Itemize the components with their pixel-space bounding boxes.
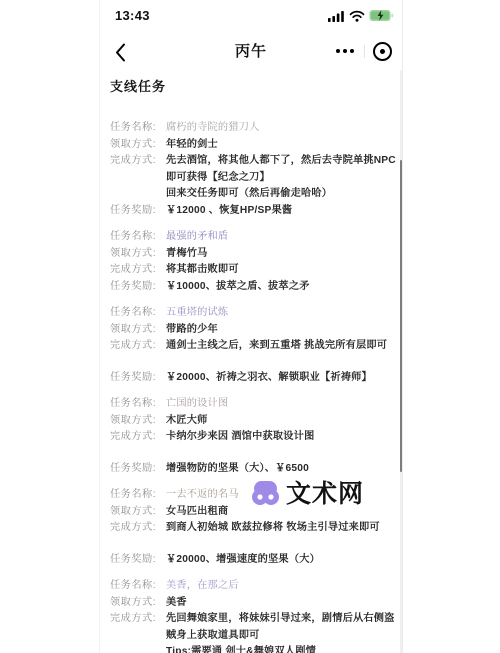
scrollbar-thumb[interactable] <box>400 160 403 472</box>
quest-reward-value: ￥10000、拔萃之盾、拔萃之矛 <box>166 279 310 296</box>
cellular-signal-icon <box>328 10 345 22</box>
quest-receive-value: 木匠大师 <box>166 413 208 430</box>
quest-receive-label: 领取方式: <box>110 137 166 154</box>
quest-name-value: 美香，在那之后 <box>166 578 239 595</box>
quest-receive-label: 领取方式: <box>110 322 166 339</box>
quest-complete-label: 完成方式: <box>110 262 166 279</box>
quest-name-value: 腐朽的寺院的猎刀人 <box>166 120 260 137</box>
more-icon <box>336 49 340 53</box>
quest-name-value: 一去不返的名马 <box>166 487 239 504</box>
quest-complete-label: 完成方式: <box>110 153 166 203</box>
quest-name-label: 任务名称: <box>110 396 166 413</box>
quest-receive-value: 带路的少年 <box>166 322 218 339</box>
miniprogram-capsule <box>334 40 392 62</box>
quest-complete-label: 完成方式: <box>110 520 166 537</box>
quest-reward-value: ￥20000、祈祷之羽衣、解锁职业【祈祷师】 <box>166 370 372 387</box>
quest-reward-label: 任务奖励: <box>110 203 166 220</box>
quest-reward-label: 任务奖励: <box>110 552 166 569</box>
watermark-text: 文术网 <box>286 474 364 510</box>
quest-receive-label: 领取方式: <box>110 246 166 263</box>
wifi-icon <box>349 10 365 22</box>
quest-name-label: 任务名称: <box>110 120 166 137</box>
watermark: 文术网 <box>250 474 364 510</box>
watermark-logo-icon <box>250 478 281 507</box>
quest-card: 任务名称:五重塔的试炼 领取方式:带路的少年 完成方式:通剑士主线之后，来到五重… <box>110 305 398 386</box>
quest-card: 任务名称:腐朽的寺院的猎刀人 领取方式:年轻的剑士 完成方式: 先去酒馆，将其他… <box>110 120 398 219</box>
quest-complete-value: 将其都击败即可 <box>166 262 239 279</box>
quest-complete-value: 通剑士主线之后，来到五重塔 挑战完所有层即可 <box>166 338 387 355</box>
battery-charging-icon <box>369 9 394 22</box>
quest-name-label: 任务名称: <box>110 487 166 504</box>
quest-complete-label: 完成方式: <box>110 611 166 653</box>
more-button[interactable] <box>334 49 356 53</box>
exit-button[interactable] <box>373 42 392 61</box>
status-bar: 13:43 <box>100 6 402 26</box>
nav-bar: 丙午 <box>100 36 402 66</box>
quest-card: 任务名称:最强的矛和盾 领取方式:青梅竹马 完成方式:将其都击败即可 任务奖励:… <box>110 229 398 295</box>
quest-receive-value: 女马匹出租商 <box>166 504 228 521</box>
quest-card: 任务名称:美香，在那之后 领取方式:美香 完成方式: 先回舞娘家里，将妹妹引导过… <box>110 578 398 653</box>
quest-complete-value: 到商人初始城 欧兹拉修将 牧场主引导过来即可 <box>166 520 380 537</box>
capsule-divider <box>364 45 365 58</box>
target-icon <box>380 49 385 54</box>
quest-reward-value: ￥20000、增强速度的坚果（大） <box>166 552 320 569</box>
quest-reward-label: 任务奖励: <box>110 370 166 387</box>
quest-receive-value: 美香 <box>166 595 187 612</box>
section-title: 支线任务 <box>110 78 398 96</box>
quest-complete-label: 完成方式: <box>110 338 166 355</box>
quest-complete-label: 完成方式: <box>110 429 166 446</box>
quest-name-value: 五重塔的试炼 <box>166 305 228 322</box>
quest-receive-label: 领取方式: <box>110 413 166 430</box>
phone-screenshot-frame: 13:43 <box>99 0 403 653</box>
quest-complete-value: 先去酒馆，将其他人都下了，然后去寺院单挑NPC 即可获得【纪念之刀】 回来交任务… <box>166 153 396 203</box>
quest-name-value: 亡国的设计图 <box>166 396 228 413</box>
quest-card: 任务名称:亡国的设计图 领取方式:木匠大师 完成方式:卡纳尔步来因 酒馆中获取设… <box>110 396 398 477</box>
quest-reward-value: ￥12000 、恢复HP/SP果酱 <box>166 203 292 220</box>
quest-receive-value: 青梅竹马 <box>166 246 208 263</box>
quest-name-label: 任务名称: <box>110 229 166 246</box>
quest-reward-label: 任务奖励: <box>110 461 166 478</box>
quest-receive-label: 领取方式: <box>110 504 166 521</box>
quest-complete-value: 卡纳尔步来因 酒馆中获取设计图 <box>166 429 314 446</box>
quest-reward-label: 任务奖励: <box>110 279 166 296</box>
status-time: 13:43 <box>115 8 150 23</box>
quest-name-label: 任务名称: <box>110 305 166 322</box>
quest-name-label: 任务名称: <box>110 578 166 595</box>
quest-list: 支线任务 任务名称:腐朽的寺院的猎刀人 领取方式:年轻的剑士 完成方式: 先去酒… <box>110 78 398 653</box>
quest-name-value: 最强的矛和盾 <box>166 229 228 246</box>
quest-complete-value: 先回舞娘家里，将妹妹引导过来，剧情后从右侧盗贼身上获取道具即可 Tips:需要通… <box>166 611 398 653</box>
quest-tips: Tips:需要通 剑士&舞娘双人剧情 <box>166 644 398 653</box>
quest-receive-label: 领取方式: <box>110 595 166 612</box>
quest-receive-value: 年轻的剑士 <box>166 137 218 154</box>
